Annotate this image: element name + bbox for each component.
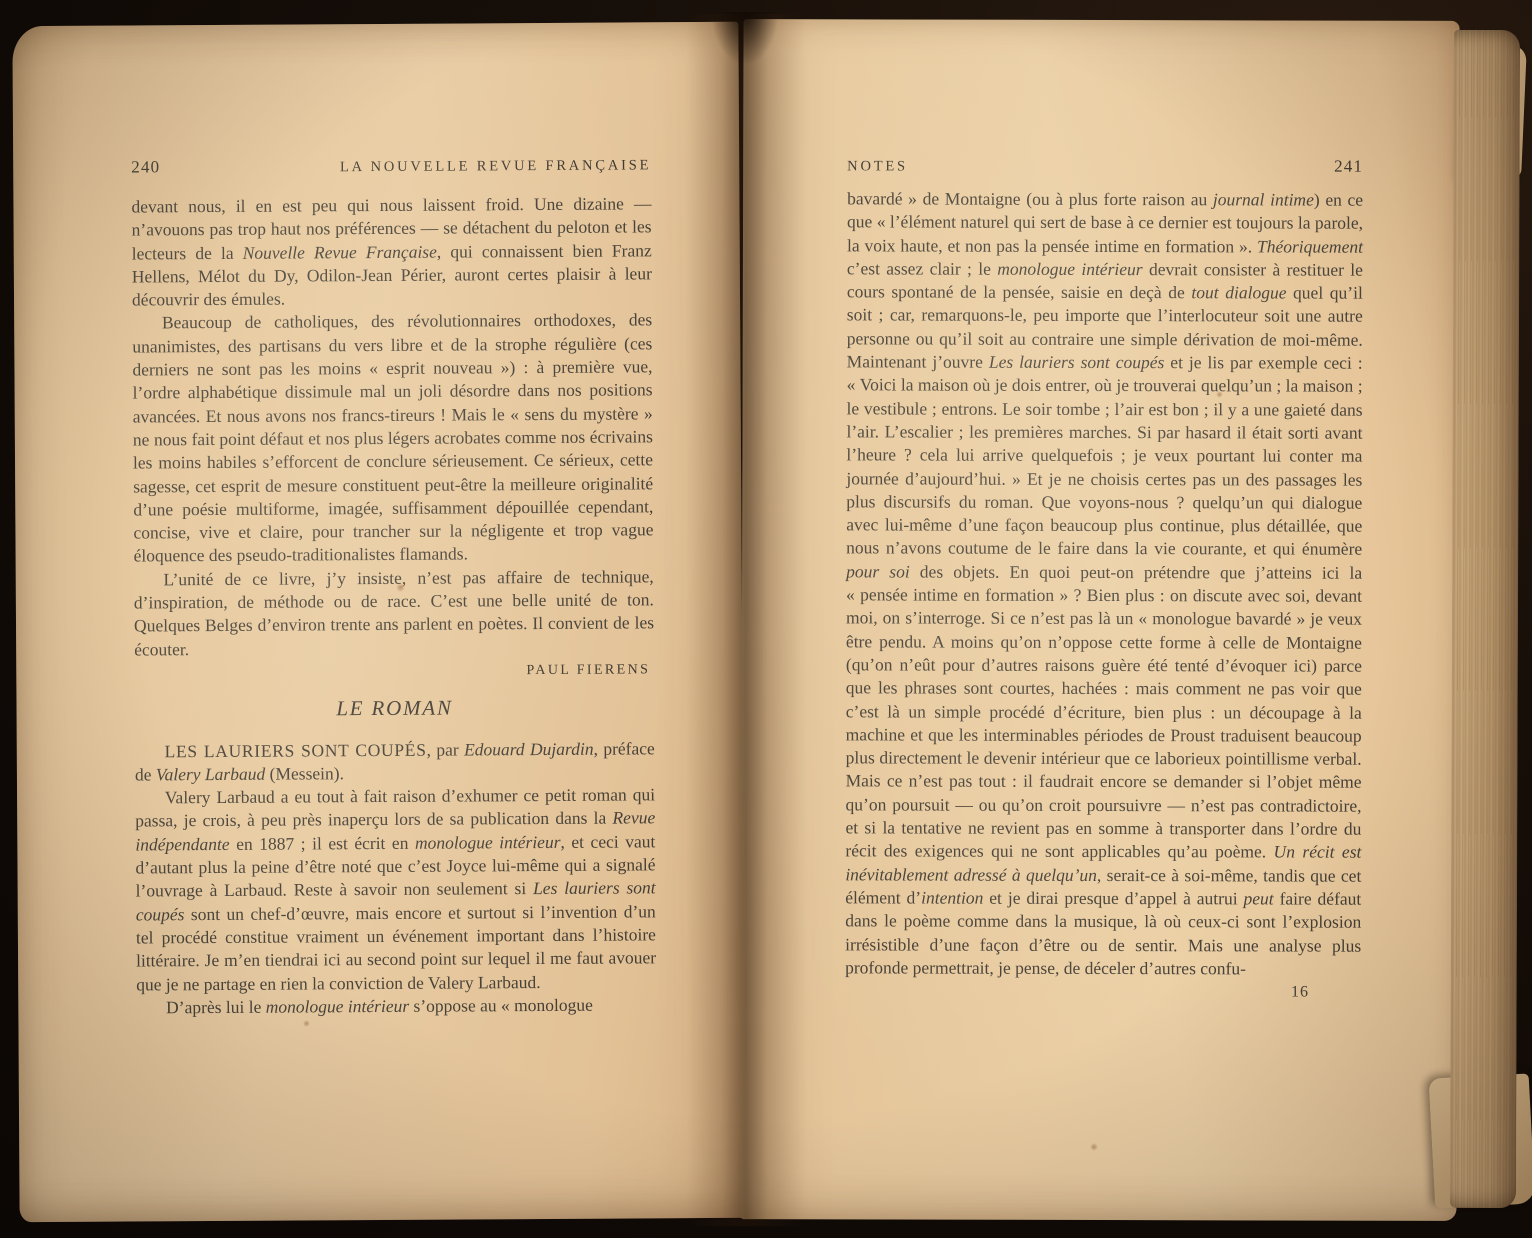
right-page-text: bavardé » de Montaigne (ou à plus forte … [845,187,1363,1004]
right-page-header: NOTES 241 [847,155,1363,176]
author-signature: PAUL FIERENS [134,658,654,684]
right-running-title: NOTES [847,158,908,175]
left-page: 240 LA NOUVELLE REVUE FRANÇAISE devant n… [12,22,745,1222]
book-photo: 240 LA NOUVELLE REVUE FRANÇAISE devant n… [0,0,1532,1238]
paragraph: D’après lui le monologue intérieur s’opp… [136,993,656,1019]
gathering-signature-mark: 16 [845,979,1361,1004]
paragraph: devant nous, il en est peu qui nous lais… [131,192,652,312]
left-running-title: LA NOUVELLE REVUE FRANÇAISE [340,157,651,176]
section-heading: LE ROMAN [134,696,654,722]
fore-edge-page-stack [1450,30,1520,1208]
left-page-number: 240 [131,157,160,177]
review-entry-heading: LES LAURIERS SONT COUPÉS, par Edouard Du… [135,737,655,787]
left-page-text: devant nous, il en est peu qui nous lais… [131,192,656,1019]
left-page-header: 240 LA NOUVELLE REVUE FRANÇAISE [131,154,651,177]
paragraph: Beaucoup de catholiques, des révolutionn… [132,309,654,568]
paragraph: bavardé » de Montaigne (ou à plus forte … [845,187,1363,980]
right-page: NOTES 241 bavardé » de Montaigne (ou à p… [740,19,1459,1221]
paragraph: Valery Larbaud a eu tout à fait raison d… [135,783,656,996]
right-page-number: 241 [1334,157,1363,177]
paragraph: L’unité de ce livre, j’y insiste, n’est … [134,565,655,661]
